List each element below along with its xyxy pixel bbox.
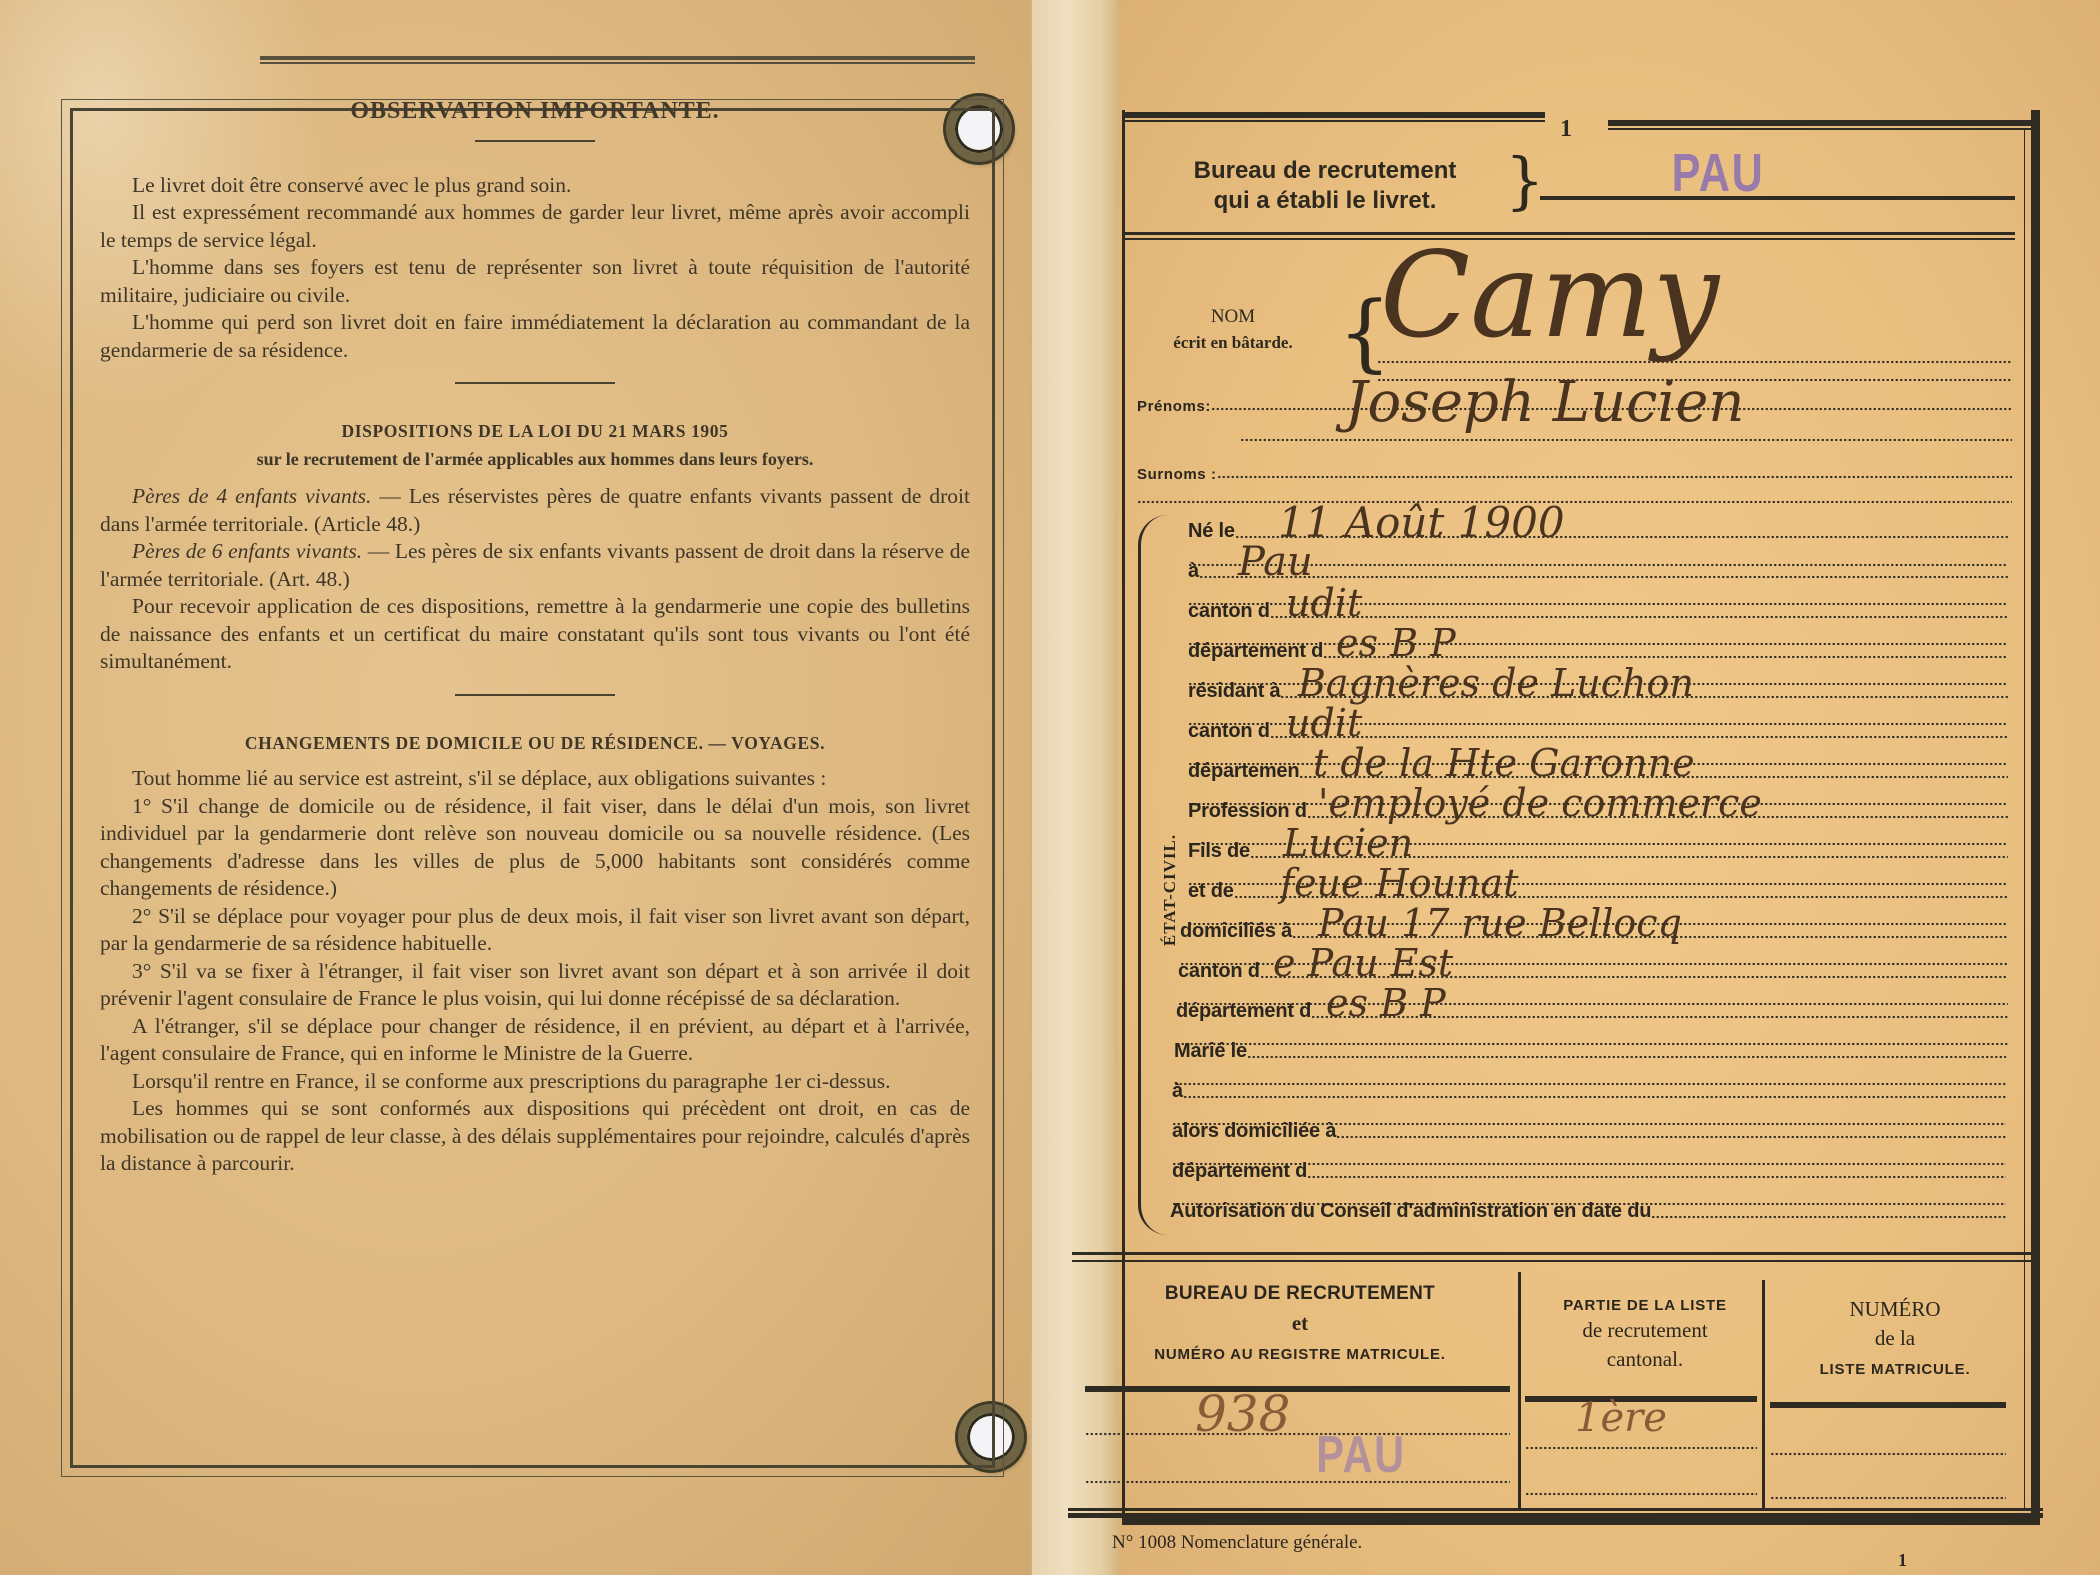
col-header-line: BUREAU DE RECRUTEMENT (1090, 1283, 1510, 1305)
field-label: département d (1176, 1000, 1311, 1023)
law-heading: DISPOSITIONS DE LA LOI DU 21 MARS 1905 (100, 418, 970, 446)
bureau-value-line (1540, 196, 2015, 200)
table-divider (1518, 1272, 1521, 1508)
field-dots (1247, 1055, 2006, 1059)
field-label: département d (1172, 1160, 1307, 1183)
table-col-numero: NUMÉRO de la LISTE MATRICULE. (1775, 1275, 2015, 1378)
bureau-label-line1: Bureau de recrutement (1140, 156, 1510, 186)
page-number-top: 1 (1560, 116, 1572, 143)
field-canton-3: canton d e Pau Est (1178, 960, 2008, 983)
field-value: 11 Août 1900 (1278, 498, 1565, 547)
field-value: e Pau Est (1273, 941, 1453, 985)
observation-paragraph: Il est expressément recommandé aux homme… (100, 199, 970, 254)
prenoms-value: Joseph Lucien (1345, 370, 1745, 435)
divider (455, 382, 615, 384)
field-label: et de (1188, 880, 1234, 903)
field-label: canton d (1188, 720, 1270, 743)
law-text: Pour recevoir application de ces disposi… (100, 594, 970, 673)
field-dots (1199, 575, 2008, 579)
bureau-label-line2: qui a établi le livret. (1140, 186, 1510, 216)
changes-paragraph: A l'étranger, s'il se déplace pour chang… (100, 1013, 970, 1068)
table-top-rule (1072, 1252, 2037, 1262)
bureau-label: Bureau de recrutement qui a établi le li… (1140, 156, 1510, 216)
field-dots (1270, 735, 2008, 739)
table-dots (1525, 1446, 1757, 1450)
nom-label: NOM écrit en bâtarde. (1138, 304, 1328, 356)
field-label: alors domiciliée à (1172, 1120, 1336, 1143)
field-label: Fils de (1188, 840, 1250, 863)
field-label: départemen (1188, 760, 1299, 783)
field-departement-2: départemen t de la Hte Garonne (1188, 760, 2008, 783)
observation-paragraph: L'homme qui perd son livret doit en fair… (100, 309, 970, 364)
nom-value: Camy (1380, 230, 1719, 360)
field-label: Autorisation du Conseil d'administration… (1170, 1200, 1651, 1223)
field-label: canton d (1188, 600, 1270, 623)
field-domicilies: domiciliés à Pau 17 rue Bellocq (1180, 920, 2008, 943)
table-dots (1525, 1492, 1757, 1496)
law-paragraph: Pour recevoir application de ces disposi… (100, 593, 970, 676)
form-bottom-rule (1068, 1508, 2043, 1518)
field-label: canton d (1178, 960, 1260, 983)
law-lead: Pères de 4 enfants vivants. (132, 484, 371, 508)
bureau-stamp: PAU (1672, 142, 1765, 204)
registre-stamp: PAU (1316, 1425, 1406, 1485)
changes-paragraph: 1° S'il change de domicile ou de résiden… (100, 793, 970, 903)
field-label: résidant à (1188, 680, 1280, 703)
left-top-border (260, 56, 975, 64)
surnoms-label: Surnoms : (1137, 466, 1217, 483)
brace-icon: } (1505, 150, 1544, 212)
nom-label-title: NOM (1138, 304, 1328, 330)
field-label: département d (1188, 640, 1323, 663)
field-label: Marié le (1174, 1040, 1247, 1063)
changes-paragraph: Tout homme lié au service est astreint, … (100, 765, 970, 793)
surnoms-field: Surnoms : (1137, 466, 2012, 483)
left-page-text: OBSERVATION IMPORTANTE. Le livret doit ê… (100, 98, 970, 1178)
field-dots (1240, 438, 2012, 442)
field-marie-le: Marié le (1174, 1040, 2006, 1063)
changes-paragraph: 2° S'il se déplace pour voyager pour plu… (100, 903, 970, 958)
field-value: es B P (1336, 621, 1456, 665)
field-label: Né le (1188, 520, 1235, 543)
field-value: es B P (1326, 981, 1446, 1025)
field-value: Lucien (1283, 821, 1413, 865)
field-value: t de la Hte Garonne (1313, 741, 1695, 785)
field-dots (1183, 1095, 2006, 1099)
field-label: Profession d (1188, 800, 1307, 823)
field-label: à (1188, 560, 1199, 583)
field-dots (1307, 1175, 2006, 1179)
field-value: udit (1286, 581, 1362, 625)
nom-label-sub: écrit en bâtarde. (1138, 330, 1328, 356)
col-header-line: cantonal. (1525, 1347, 1765, 1372)
field-value: udit (1286, 701, 1362, 745)
field-label: domiciliés à (1180, 920, 1292, 943)
field-departement-3: département d es B P (1176, 1000, 2008, 1023)
field-profession: Profession d 'employé de commerce (1188, 800, 2008, 823)
law-paragraph: Pères de 4 enfants vivants. — Les réserv… (100, 483, 970, 538)
col-header-line: LISTE MATRICULE. (1775, 1361, 2015, 1378)
observation-paragraph: L'homme dans ses foyers est tenu de repr… (100, 254, 970, 309)
observation-heading: OBSERVATION IMPORTANTE. (100, 98, 970, 126)
table-col-partie: PARTIE DE LA LISTE de recrutement canton… (1525, 1275, 1765, 1372)
changes-paragraph: 3° S'il va se fixer à l'étranger, il fai… (100, 958, 970, 1013)
etat-civil-label: ÉTAT-CIVIL. (1160, 820, 1180, 960)
table-dots (1770, 1496, 2006, 1500)
law-subheading: sur le recrutement de l'armée applicable… (100, 446, 970, 474)
partie-liste-value: 1ère (1575, 1395, 1667, 1441)
divider (475, 140, 595, 142)
table-divider (1762, 1280, 1765, 1508)
table-dots (1085, 1480, 1510, 1484)
field-residant: résidant à Bagnères de Luchon (1188, 680, 2008, 703)
observation-paragraph: Le livret doit être conservé avec le plu… (100, 172, 970, 200)
field-dots (1137, 500, 2012, 504)
law-lead: Pères de 6 enfants vivants. (132, 539, 362, 563)
field-fils-de: Fils de Lucien (1188, 840, 2008, 863)
col-header-line: NUMÉRO (1775, 1297, 2015, 1322)
table-dots (1085, 1432, 1510, 1436)
field-value: 'employé de commerce (1318, 781, 1762, 825)
field-alors-domiciliee: alors domiciliée à (1172, 1120, 2006, 1143)
field-value: feue Hounat (1280, 861, 1518, 905)
footer-nomenclature: N° 1008 Nomenclature générale. (1112, 1532, 1362, 1554)
field-et-de: et de feue Hounat (1188, 880, 2008, 903)
field-dots (1217, 475, 2012, 479)
law-paragraph: Pères de 6 enfants vivants. — Les pères … (100, 538, 970, 593)
registre-matricule-value: 938 (1195, 1385, 1290, 1443)
divider (455, 694, 615, 696)
field-dots (1270, 615, 2008, 619)
changes-paragraph: Lorsqu'il rentre en France, il se confor… (100, 1068, 970, 1096)
field-value: Pau 17 rue Bellocq (1318, 901, 1682, 945)
col-header-line: de la (1775, 1326, 2015, 1351)
field-value: Pau (1238, 539, 1313, 585)
form-top-border-right (1608, 120, 2038, 130)
field-dots (1336, 1135, 2006, 1139)
form-top-border-left (1125, 112, 1545, 122)
field-departement: département d es B P (1188, 640, 2008, 663)
field-dots (1651, 1215, 2006, 1219)
field-autorisation: Autorisation du Conseil d'administration… (1170, 1200, 2006, 1223)
col-header-line: de recrutement (1525, 1318, 1765, 1343)
changes-paragraph: Les hommes qui se sont conformés aux dis… (100, 1095, 970, 1178)
table-header-bar (1085, 1386, 1510, 1392)
field-label: à (1172, 1080, 1183, 1103)
field-a: à Pau (1188, 560, 2008, 583)
col-header-line: NUMÉRO AU REGISTRE MATRICULE. (1090, 1346, 1510, 1363)
field-a-2: à (1172, 1080, 2006, 1103)
field-canton: canton d udit (1188, 600, 2008, 623)
table-dots (1770, 1452, 2006, 1456)
changes-heading: CHANGEMENTS DE DOMICILE OU DE RÉSIDENCE.… (100, 730, 970, 758)
footer-page-number: 1 (1898, 1550, 1907, 1571)
table-header-bar (1770, 1402, 2006, 1408)
field-departement-4: département d (1172, 1160, 2006, 1183)
table-col-bureau: BUREAU DE RECRUTEMENT et NUMÉRO AU REGIS… (1090, 1275, 1510, 1363)
field-canton-2: canton d udit (1188, 720, 2008, 743)
prenoms-label: Prénoms: (1137, 398, 1211, 415)
col-header-line: et (1090, 1311, 1510, 1336)
field-value: Bagnères de Luchon (1298, 661, 1694, 705)
col-header-line: PARTIE DE LA LISTE (1525, 1297, 1765, 1314)
